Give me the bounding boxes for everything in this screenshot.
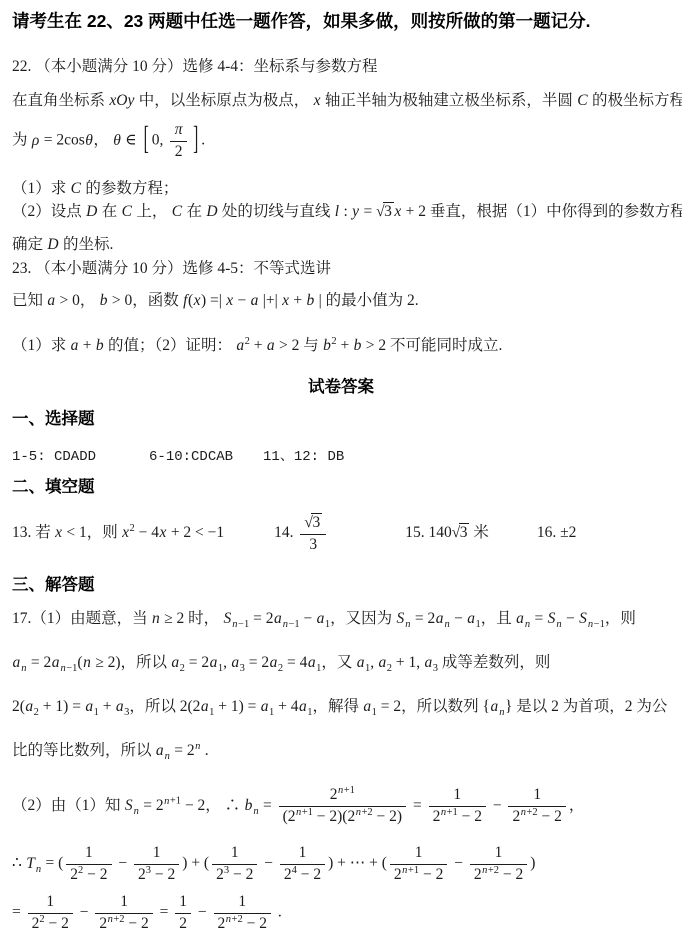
superscript: n+1 bbox=[164, 796, 181, 807]
math-variable: C bbox=[121, 203, 132, 220]
text-run: 2 bbox=[99, 915, 107, 932]
text-run: 2 bbox=[394, 866, 402, 883]
text-run: = bbox=[12, 904, 25, 921]
text-run: = 2 bbox=[27, 654, 51, 671]
math-variable: a bbox=[378, 654, 387, 671]
q23-parts: （1）求 a + b 的值；（2）证明： a2 + a > 2 与 b2 + b… bbox=[12, 336, 502, 356]
denominator: 3 bbox=[300, 535, 326, 555]
denominator: 2n+2 − 2 bbox=[508, 807, 565, 827]
numerator: 1 bbox=[429, 786, 486, 807]
text-run: 3 bbox=[309, 536, 317, 553]
text-run: < 1，则 bbox=[63, 524, 122, 541]
text-run: 1 bbox=[46, 893, 54, 910]
text-run: − 2 bbox=[419, 866, 443, 883]
text-run: 为 bbox=[12, 132, 31, 149]
math-variable: a bbox=[200, 698, 209, 715]
subscript: n−1 bbox=[60, 663, 77, 674]
denominator: 22 − 2 bbox=[28, 914, 73, 934]
math-variable: a bbox=[266, 337, 275, 354]
text-run: − 2 bbox=[243, 915, 267, 932]
text-run: +1 bbox=[344, 785, 355, 796]
text-run: 3 bbox=[384, 203, 392, 220]
fraction: 2n+1(2n+1 − 2)(2n+2 − 2) bbox=[279, 786, 407, 827]
mono-text: 6-10:CDCAB bbox=[149, 449, 233, 465]
text-run: ) + ⋯ + ( bbox=[328, 855, 387, 872]
text-run: ，又 bbox=[321, 654, 356, 671]
text-run: , bbox=[223, 654, 231, 671]
text-run: + 1) = bbox=[214, 698, 260, 715]
text-run: − bbox=[450, 610, 467, 627]
numerator: √3 bbox=[300, 513, 326, 535]
text-run: 已知 bbox=[12, 292, 47, 309]
fraction: 12n+2 − 2 bbox=[470, 844, 527, 884]
superscript: n+1 bbox=[337, 785, 354, 796]
text-run: > 2 不可能同时成立. bbox=[362, 337, 503, 354]
math-variable: y bbox=[352, 203, 360, 220]
text-run: > 0，函数 bbox=[108, 292, 183, 309]
text-run: + bbox=[337, 337, 354, 354]
text-run: − 2) bbox=[373, 808, 402, 825]
text-run: 13. 若 bbox=[12, 524, 55, 541]
math-variable: S bbox=[396, 610, 405, 627]
text-run: > 2 与 bbox=[275, 337, 323, 354]
text-run: 1 bbox=[231, 844, 239, 861]
text-run: + 1, bbox=[392, 654, 424, 671]
q17-line3: 2(a2 + 1) = a1 + a3，所以 2(2a1 + 1) = a1 +… bbox=[12, 697, 667, 719]
numerator: 1 bbox=[66, 844, 111, 865]
denominator: (2n+1 − 2)(2n+2 − 2) bbox=[279, 807, 407, 827]
text-run: 17.（1）由题意，当 bbox=[12, 610, 152, 627]
text-run: = 2 bbox=[245, 654, 269, 671]
q22-part1: （1）求 C 的参数方程； bbox=[12, 179, 178, 199]
subscript: n−1 bbox=[232, 619, 249, 630]
denominator: 2 bbox=[175, 914, 191, 934]
text-run: 中，以坐标原点为极点， bbox=[135, 92, 313, 109]
superscript: n+2 bbox=[520, 807, 537, 818]
denominator: 2n+1 − 2 bbox=[429, 807, 486, 827]
math-variable: D bbox=[86, 203, 98, 220]
radical: √3 bbox=[376, 203, 394, 220]
denominator: 2 bbox=[170, 142, 187, 162]
text-run: 1 bbox=[179, 893, 187, 910]
text-run: | 的最小值为 2. bbox=[315, 292, 419, 309]
math-variable: a bbox=[25, 698, 34, 715]
text-run: − 2 bbox=[83, 866, 107, 883]
math-variable: x bbox=[193, 292, 201, 309]
numerator: 1 bbox=[280, 844, 325, 865]
text-run: ，所以 2(2 bbox=[129, 698, 200, 715]
text-run: +2 bbox=[488, 865, 499, 876]
text-run: 二、填空题 bbox=[12, 478, 95, 496]
text-run: = bbox=[409, 797, 426, 814]
fraction: 12n+1 − 2 bbox=[429, 786, 486, 826]
text-run: 16. ±2 bbox=[537, 524, 577, 541]
text-run: 2 bbox=[216, 866, 224, 883]
math-variable: a bbox=[155, 742, 164, 759]
superscript: n+2 bbox=[225, 914, 242, 925]
math-variable: a bbox=[47, 292, 56, 309]
q22-header: 22. （本小题满分 10 分）选修 4-4：坐标系与参数方程 bbox=[12, 57, 378, 77]
text-run: = 2 bbox=[185, 654, 209, 671]
fraction: 123 − 2 bbox=[212, 844, 257, 884]
math-variable: a bbox=[51, 654, 60, 671]
numerator: 1 bbox=[214, 893, 271, 914]
text-run: = bbox=[259, 797, 276, 814]
text-run: − 2 bbox=[125, 915, 149, 932]
text-run: − 2 bbox=[151, 866, 175, 883]
math-variable: S bbox=[124, 797, 133, 814]
math-variable: a bbox=[269, 654, 278, 671]
text-run: 的坐标. bbox=[59, 236, 113, 253]
text-run: 23. （本小题满分 10 分）选修 4-5：不等式选讲 bbox=[12, 260, 331, 277]
math-variable: a bbox=[70, 337, 79, 354]
q23-intro: 已知 a > 0， b > 0，函数 f(x) =| x − a |+| x +… bbox=[12, 291, 419, 311]
text-run: 确定 bbox=[12, 236, 47, 253]
math-variable: a bbox=[356, 654, 365, 671]
text-run: 1 bbox=[153, 844, 161, 861]
text-run: − 2)(2 bbox=[313, 808, 355, 825]
text-run: 3 bbox=[312, 514, 320, 531]
math-variable: a bbox=[299, 698, 308, 715]
text-run: 三、解答题 bbox=[12, 576, 95, 594]
text-run: = bbox=[531, 610, 548, 627]
text-run: − bbox=[260, 855, 277, 872]
denominator: 2n+1 − 2 bbox=[390, 865, 447, 885]
math-variable: x bbox=[282, 292, 290, 309]
math-variable: xOy bbox=[109, 92, 135, 109]
text-run: ，且 bbox=[481, 610, 516, 627]
fraction: 124 − 2 bbox=[280, 844, 325, 884]
math-variable: a bbox=[209, 654, 218, 671]
numerator: 2n+1 bbox=[279, 786, 407, 807]
q17-line2: an = 2an−1(n ≥ 2)，所以 a2 = 2a1, a3 = 2a2 … bbox=[12, 653, 550, 675]
q17-part2-line3: = 122 − 2 − 12n+2 − 2 = 12 − 12n+2 − 2 . bbox=[12, 893, 282, 933]
text-run: （1）求 bbox=[12, 180, 70, 197]
text-run: ， bbox=[93, 132, 112, 149]
section-choice-head: 一、选择题 bbox=[12, 409, 95, 430]
numerator: 1 bbox=[508, 786, 565, 807]
denominator: 22 − 2 bbox=[66, 865, 111, 885]
q17-line4: 比的等比数列，所以 an = 2n . bbox=[12, 741, 209, 763]
text-run: 1 bbox=[533, 786, 541, 803]
math-variable: C bbox=[70, 180, 81, 197]
text-run: − bbox=[194, 904, 211, 921]
fill-answers: 13. 若 x < 1，则 x2 − 4x + 2 < −114. √3315.… bbox=[12, 513, 576, 554]
text-run: − 2 bbox=[499, 866, 523, 883]
text-run: +1 bbox=[408, 865, 419, 876]
superscript: n+2 bbox=[107, 914, 124, 925]
math-variable: a bbox=[231, 654, 240, 671]
text-run: − 2 bbox=[297, 866, 321, 883]
math-variable: x bbox=[55, 524, 63, 541]
numerator: 1 bbox=[175, 893, 191, 914]
text-run: （2）由（1）知 bbox=[12, 797, 124, 814]
text-run: . bbox=[274, 904, 282, 921]
radical: √3 bbox=[304, 514, 322, 531]
math-variable: ρ bbox=[31, 132, 39, 149]
math-variable: a bbox=[273, 610, 282, 627]
math-variable: a bbox=[424, 654, 433, 671]
fraction: 12n+2 − 2 bbox=[95, 893, 152, 933]
text-run: 1 bbox=[495, 844, 503, 861]
numerator: 1 bbox=[212, 844, 257, 865]
text-run: = 2 bbox=[139, 797, 163, 814]
text-run: + bbox=[99, 698, 116, 715]
numerator: 1 bbox=[28, 893, 73, 914]
text-run: 处的切线与直线 bbox=[218, 203, 334, 220]
text-run: 试卷答案 bbox=[308, 378, 374, 396]
text-run: （2）设点 bbox=[12, 203, 86, 220]
text-run: −1 bbox=[66, 663, 77, 674]
bracket: [ bbox=[144, 119, 149, 161]
spacer bbox=[224, 536, 274, 537]
text-run: 在 bbox=[183, 203, 206, 220]
text-run: 2 bbox=[179, 915, 187, 932]
text-run: +2 bbox=[526, 807, 537, 818]
numerator: π bbox=[170, 121, 187, 142]
text-run: 3 bbox=[460, 524, 468, 541]
math-variable: C bbox=[171, 203, 182, 220]
math-variable: a bbox=[85, 698, 94, 715]
text-run: + bbox=[79, 337, 96, 354]
text-run: 2 bbox=[474, 866, 482, 883]
text-run: +2 bbox=[232, 914, 243, 925]
math-variable: x bbox=[313, 92, 321, 109]
q17-line1: 17.（1）由题意，当 n ≥ 2 时， Sn−1 = 2an−1 − a1，又… bbox=[12, 609, 636, 631]
text-run: −1 bbox=[238, 619, 249, 630]
math-variable: b bbox=[244, 797, 253, 814]
denominator: 2n+2 − 2 bbox=[95, 914, 152, 934]
q22-equation: 为 ρ = 2cosθ， θ ∈ [0, π2]. bbox=[12, 121, 205, 161]
math-variable: b bbox=[99, 292, 108, 309]
text-run: , bbox=[370, 654, 378, 671]
subscript: n−1 bbox=[282, 619, 299, 630]
math-variable: a bbox=[250, 292, 259, 309]
text-run: = 2cos bbox=[40, 132, 85, 149]
text-run: − bbox=[450, 855, 467, 872]
math-variable: b bbox=[306, 292, 315, 309]
fraction: 12n+2 − 2 bbox=[508, 786, 565, 826]
text-run: = 2 bbox=[411, 610, 435, 627]
superscript: n+2 bbox=[482, 865, 499, 876]
fraction: 123 − 2 bbox=[134, 844, 179, 884]
text-run: 成等差数列，则 bbox=[438, 654, 550, 671]
spacer bbox=[96, 459, 149, 460]
text-run: 在 bbox=[98, 203, 121, 220]
spacer bbox=[233, 459, 263, 460]
text-run: 1 bbox=[238, 893, 246, 910]
text-run: + 1) = bbox=[39, 698, 85, 715]
spacer bbox=[489, 536, 537, 537]
math-variable: x bbox=[159, 524, 167, 541]
text-run: 15. 140 bbox=[405, 524, 452, 541]
denominator: 2n+2 − 2 bbox=[470, 865, 527, 885]
answers-title: 试卷答案 bbox=[0, 377, 682, 398]
math-variable: a bbox=[260, 698, 269, 715]
text-run: 2 bbox=[70, 866, 78, 883]
mono-text: 1-5: CDADD bbox=[12, 449, 96, 465]
text-run: ) + ( bbox=[182, 855, 209, 872]
math-variable: a bbox=[12, 654, 21, 671]
text-run: ，则 bbox=[605, 610, 636, 627]
fraction: 12n+2 − 2 bbox=[214, 893, 271, 933]
math-variable: a bbox=[363, 698, 372, 715]
text-run: + 4 bbox=[274, 698, 298, 715]
text-run: ∈ bbox=[121, 132, 140, 149]
radicand: 3 bbox=[311, 513, 322, 532]
text-run: ∴ bbox=[12, 855, 26, 872]
text-run: ) bbox=[530, 855, 535, 872]
math-variable: S bbox=[547, 610, 556, 627]
math-variable: a bbox=[467, 610, 476, 627]
q22-intro: 在直角坐标系 xOy 中，以坐标原点为极点， x 轴正半轴为极轴建立极坐标系，半… bbox=[12, 91, 682, 111]
text-run: − 2 bbox=[229, 866, 253, 883]
text-run: 上， bbox=[132, 203, 171, 220]
numerator: 1 bbox=[95, 893, 152, 914]
mono-text: 11、12: DB bbox=[263, 449, 344, 465]
spacer bbox=[329, 536, 405, 537]
text-run: 1 bbox=[299, 844, 307, 861]
q22-part2-cont: 确定 D 的坐标. bbox=[12, 235, 113, 255]
radicand: 3 bbox=[459, 523, 470, 542]
text-run: = 2 bbox=[249, 610, 273, 627]
subscript: n−1 bbox=[587, 619, 604, 630]
text-run: } 是以 2 为首项，2 为公 bbox=[505, 698, 667, 715]
text-run: + 2 垂直，根据（1）中你得到的参数方程， bbox=[402, 203, 682, 220]
text-run: +1 bbox=[302, 807, 313, 818]
text-run: − bbox=[489, 797, 506, 814]
text-run: 1 bbox=[120, 893, 128, 910]
fraction: 12 bbox=[175, 893, 191, 933]
math-variable: b bbox=[95, 337, 104, 354]
superscript: n+1 bbox=[440, 807, 457, 818]
math-variable: D bbox=[206, 203, 218, 220]
superscript: n+1 bbox=[402, 865, 419, 876]
denominator: 23 − 2 bbox=[212, 865, 257, 885]
q17-part2-line1: （2）由（1）知 Sn = 2n+1 − 2， ∴ bn = 2n+1(2n+1… bbox=[12, 786, 584, 827]
radicand: 3 bbox=[383, 202, 394, 221]
text-run: = 2 bbox=[170, 742, 194, 759]
text-run: 一、选择题 bbox=[12, 410, 95, 428]
text-run: ， bbox=[569, 797, 585, 814]
math-variable: a bbox=[236, 337, 245, 354]
text-run: 2 bbox=[138, 866, 146, 883]
q23-header: 23. （本小题满分 10 分）选修 4-5：不等式选讲 bbox=[12, 259, 331, 279]
notice-line: 请考生在 22、23 两题中任选一题作答，如果多做，则按所做的第一题记分. bbox=[12, 10, 591, 33]
text-run: 的参数方程； bbox=[81, 180, 178, 197]
math-variable: b bbox=[353, 337, 362, 354]
text-run: +1 bbox=[447, 807, 458, 818]
text-run: = 4 bbox=[283, 654, 307, 671]
text-run: (2 bbox=[283, 808, 296, 825]
math-variable: x bbox=[122, 524, 130, 541]
denominator: 23 − 2 bbox=[134, 865, 179, 885]
q17-part2-line2: ∴ Tn = (122 − 2 − 123 − 2) + (123 − 2 − … bbox=[12, 844, 535, 884]
text-run: + bbox=[290, 292, 307, 309]
math-variable: C bbox=[577, 92, 588, 109]
text-run: > 0， bbox=[56, 292, 100, 309]
text-run: +1 bbox=[170, 796, 181, 807]
math-variable: S bbox=[223, 610, 232, 627]
text-run: 2 bbox=[175, 143, 183, 160]
bracket: ] bbox=[193, 119, 198, 161]
text-run: ，又因为 bbox=[330, 610, 396, 627]
section-fill-head: 二、填空题 bbox=[12, 477, 95, 498]
text-run: = ( bbox=[42, 855, 64, 872]
text-run: − 2 bbox=[458, 808, 482, 825]
text-run: − 2 bbox=[538, 808, 562, 825]
text-run: 0, bbox=[152, 132, 168, 149]
text-run: 14. bbox=[274, 524, 297, 541]
section-solution-head: 三、解答题 bbox=[12, 575, 95, 596]
text-run: 米 bbox=[469, 524, 488, 541]
q22-part2: （2）设点 D 在 C 上， C 在 D 处的切线与直线 l : y = √3x… bbox=[12, 202, 682, 222]
math-variable: a bbox=[307, 654, 316, 671]
text-run: +2 bbox=[361, 807, 372, 818]
text-run: ≥ 2)，所以 bbox=[91, 654, 171, 671]
math-variable: a bbox=[435, 610, 444, 627]
text-run: − bbox=[234, 292, 251, 309]
text-run: +2 bbox=[113, 914, 124, 925]
text-run: 1 bbox=[85, 844, 93, 861]
superscript: n+1 bbox=[295, 807, 312, 818]
exam-answer-page: 请考生在 22、23 两题中任选一题作答，如果多做，则按所做的第一题记分.22.… bbox=[0, 0, 682, 935]
text-run: . bbox=[201, 132, 205, 149]
math-variable: T bbox=[26, 855, 36, 872]
text-run: : bbox=[340, 203, 352, 220]
text-run: 请考生在 22、23 两题中任选一题作答，如果多做，则按所做的第一题记分. bbox=[12, 11, 591, 31]
fraction: 122 − 2 bbox=[66, 844, 111, 884]
math-variable: a bbox=[490, 698, 499, 715]
text-run: 在直角坐标系 bbox=[12, 92, 109, 109]
radical: √3 bbox=[452, 524, 470, 541]
math-variable: π bbox=[174, 121, 183, 138]
text-run: − bbox=[562, 610, 579, 627]
text-run: ≥ 2 时， bbox=[160, 610, 223, 627]
text-run: + bbox=[250, 337, 267, 354]
text-run: ( bbox=[77, 654, 82, 671]
math-variable: D bbox=[47, 236, 59, 253]
text-run: = 2，所以数列 { bbox=[377, 698, 490, 715]
superscript: n+2 bbox=[355, 807, 372, 818]
text-run: 2( bbox=[12, 698, 25, 715]
math-variable: n bbox=[152, 610, 161, 627]
text-run: 1 bbox=[453, 786, 461, 803]
text-run: 2 bbox=[284, 866, 292, 883]
numerator: 1 bbox=[470, 844, 527, 865]
text-run: −1 bbox=[594, 619, 605, 630]
text-run: −1 bbox=[288, 619, 299, 630]
math-variable: x bbox=[226, 292, 234, 309]
text-run: = bbox=[156, 904, 173, 921]
text-run: = bbox=[360, 203, 377, 220]
fraction: 12n+1 − 2 bbox=[390, 844, 447, 884]
numerator: 1 bbox=[390, 844, 447, 865]
math-variable: a bbox=[115, 698, 124, 715]
text-run: − bbox=[300, 610, 317, 627]
text-run: ，解得 bbox=[313, 698, 363, 715]
text-run: 1 bbox=[415, 844, 423, 861]
text-run: + 2 < −1 bbox=[167, 524, 224, 541]
text-run: （1）求 bbox=[12, 337, 70, 354]
text-run: − bbox=[115, 855, 132, 872]
math-variable: x bbox=[394, 203, 402, 220]
text-run: . bbox=[201, 742, 209, 759]
text-run: 轴正半轴为极轴建立极坐标系，半圆 bbox=[321, 92, 577, 109]
text-run: − 2， ∴ bbox=[181, 797, 244, 814]
text-run: 的极坐标方程 bbox=[588, 92, 682, 109]
denominator: 24 − 2 bbox=[280, 865, 325, 885]
